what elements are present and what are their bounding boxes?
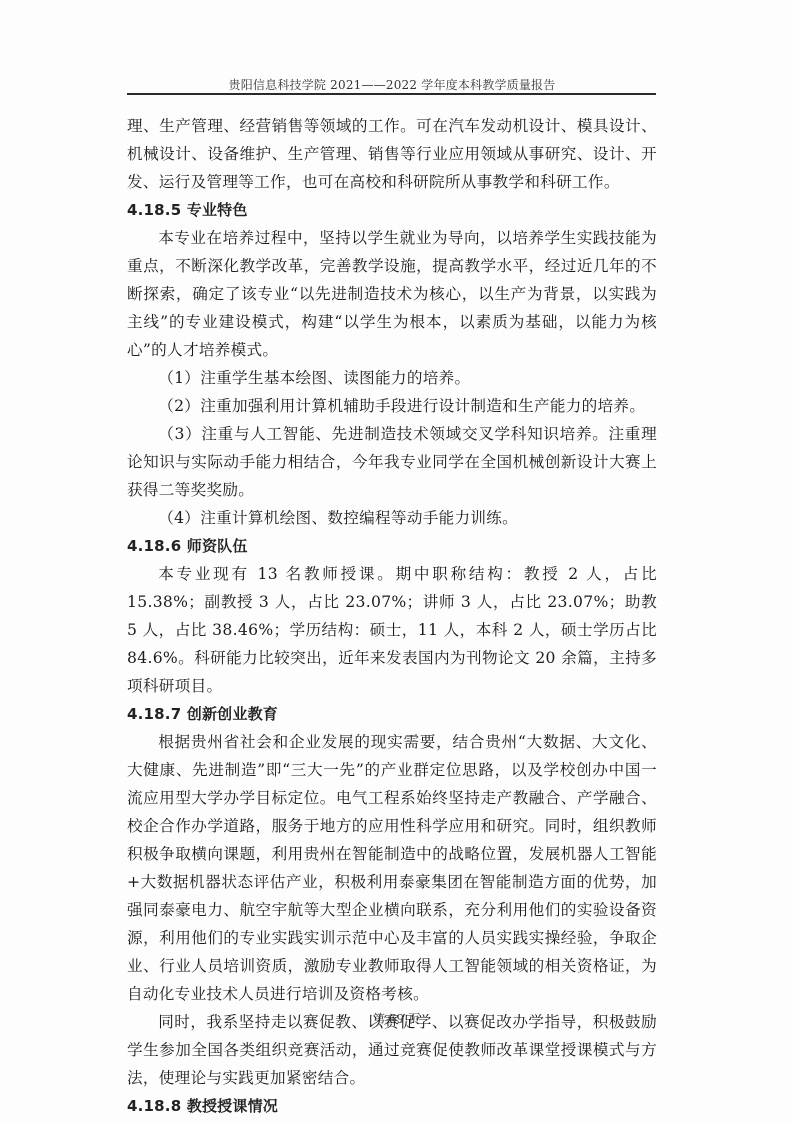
section-heading-specialty-features: 4.18.5 专业特色 <box>127 196 657 224</box>
paragraph: 根据贵州省社会和企业发展的现实需要，结合贵州“大数据、大文化、大健康、先进制造”… <box>127 728 657 1008</box>
section-heading-innovation-education: 4.18.7 创新创业教育 <box>127 700 657 728</box>
page-header: 贵阳信息科技学院 2021——2022 学年度本科教学质量报告 <box>128 76 656 93</box>
list-item: （1）注重学生基本绘图、读图能力的培养。 <box>127 364 657 392</box>
paragraph: 本专业在培养过程中，坚持以学生就业为导向，以培养学生实践技能为重点，不断深化教学… <box>127 224 657 364</box>
section-heading-professor-teaching: 4.18.8 教授授课情况 <box>127 1092 657 1120</box>
list-item: （3）注重与人工智能、先进制造技术领域交叉学科知识培养。注重理论知识与实际动手能… <box>127 420 657 504</box>
page-number: 第 69 页 <box>0 1010 793 1027</box>
header-rule <box>127 93 656 95</box>
intro-continuation: 理、生产管理、经营销售等领域的工作。可在汽车发动机设计、模具设计、机械设计、设备… <box>127 112 657 196</box>
paragraph: 本专业现有 13 名教师授课。期中职称结构：教授 2 人，占比 15.38%；副… <box>127 560 657 700</box>
list-item: （4）注重计算机绘图、数控编程等动手能力训练。 <box>127 504 657 532</box>
section-heading-faculty: 4.18.6 师资队伍 <box>127 532 657 560</box>
list-item: （2）注重加强利用计算机辅助手段进行设计制造和生产能力的培养。 <box>127 392 657 420</box>
page-content: 理、生产管理、经营销售等领域的工作。可在汽车发动机设计、模具设计、机械设计、设备… <box>127 112 657 1120</box>
